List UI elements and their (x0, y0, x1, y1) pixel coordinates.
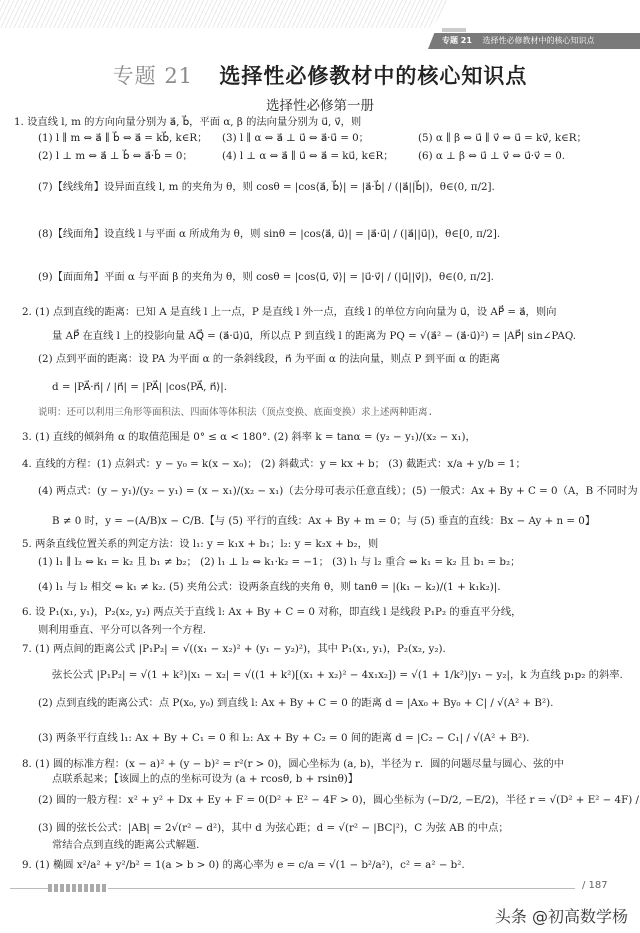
text-line: 1. 设直线 l, m 的方向向量分别为 a⃗, b⃗，平面 α, β 的法向量… (14, 115, 361, 129)
text-line: 量 AP⃗ 在直线 l 上的投影向量 AQ⃗ = (a⃗·u⃗)u⃗，所以点 P… (52, 329, 576, 343)
text-line: (2) 点到直线的距离公式：点 P(x₀, y₀) 到直线 l: Ax + By… (38, 696, 553, 710)
running-header-topic-title: 选择性必修教材中的核心知识点 (482, 36, 594, 45)
text-line: (4) l ⊥ α ⇔ a⃗ ∥ u⃗ ⇔ a⃗ = ku⃗, k∈R； (222, 149, 394, 163)
text-line: (2) 点到平面的距离：设 PA 为平面 α 的一条斜线段，n⃗ 为平面 α 的… (38, 352, 500, 366)
text-line: 8. (1) 圆的标准方程：(x − a)² + (y − b)² = r²(r… (22, 757, 564, 771)
text-line: (2) l ⊥ m ⇔ a⃗ ⊥ b⃗ ⇔ a⃗·b⃗ = 0； (38, 149, 193, 163)
text-line: (3) 两条平行直线 l₁: Ax + By + C₁ = 0 和 l₂: Ax… (38, 731, 529, 745)
text-line: (4) l₁ 与 l₂ 相交 ⇔ k₁ ≠ k₂. (5) 夹角公式：设两条直线… (38, 580, 501, 594)
text-line: (1) l ∥ m ⇔ a⃗ ∥ b⃗ ⇔ a⃗ = kb⃗, k∈R； (38, 131, 207, 145)
page-number: / 187 (582, 880, 608, 891)
text-line: (3) 圆的弦长公式：|AB| = 2√(r² − d²)，其中 d 为弦心距；… (38, 821, 509, 835)
text-line: 6. 设 P₁(x₁, y₁)，P₂(x₂, y₂) 两点关于直线 l: Ax … (22, 605, 521, 619)
text-line: 9. (1) 椭圆 x²/a² + y²/b² = 1(a > b > 0) 的… (22, 858, 465, 872)
text-line: (9)【面面角】平面 α 与平面 β 的夹角为 θ，则 cosθ = |cos⟨… (38, 270, 494, 284)
text-line: (7)【线线角】设异面直线 l, m 的夹角为 θ，则 cosθ = |cos⟨… (38, 180, 495, 194)
title-topic-number: 专题 21 (113, 64, 193, 88)
text-line: (3) l ∥ α ⇔ a⃗ ⊥ u⃗ ⇔ a⃗·u⃗ = 0； (222, 131, 369, 145)
text-line: (2) 圆的一般方程：x² + y² + Dx + Ey + F = 0(D² … (38, 793, 640, 807)
text-line: 7. (1) 两点间的距离公式 |P₁P₂| = √((x₁ − x₂)² + … (22, 642, 446, 656)
header-accent-bar (442, 28, 466, 32)
text-line: B ≠ 0 时，y = −(A/B)x − C/B.【与 (5) 平行的直线：A… (52, 514, 595, 528)
text-line: (1) l₁ ∥ l₂ ⇔ k₁ = k₂ 且 b₁ ≠ b₂； (2) l₁ … (38, 555, 520, 569)
title-main: 选择性必修教材中的核心知识点 (219, 63, 527, 88)
text-line: (5) α ∥ β ⇔ u⃗ ∥ v⃗ ⇔ u⃗ = kv⃗, k∈R； (418, 131, 587, 145)
header-hatch-decoration (0, 0, 450, 28)
text-line: 常结合点到直线的距离公式解题. (52, 838, 199, 852)
text-line: 4. 直线的方程：(1) 点斜式：y − y₀ = k(x − x₀)； (2)… (22, 457, 526, 471)
text-line: 2. (1) 点到直线的距离：已知 A 是直线 l 上一点，P 是直线 l 外一… (22, 305, 556, 319)
text-line: 3. (1) 直线的倾斜角 α 的取值范围是 0° ≤ α < 180°. (2… (22, 430, 476, 444)
text-line: 5. 两条直线位置关系的判定方法：设 l₁: y = k₁x + b₁；l₂: … (22, 537, 378, 551)
running-header-topic-number: 专题 21 (442, 36, 472, 45)
page-title: 专题 21 选择性必修教材中的核心知识点 (0, 60, 640, 90)
text-line: 点联系起来；【该圆上的点的坐标可设为 (a + rcosθ, b + rsinθ… (52, 772, 358, 786)
text-line: (6) α ⊥ β ⇔ u⃗ ⊥ v⃗ ⇔ u⃗·v⃗ = 0. (418, 149, 565, 163)
footer-dots-decoration (48, 884, 108, 892)
text-line: 弦长公式 |P₁P₂| = √(1 + k²)|x₁ − x₂| = √((1 … (52, 668, 623, 682)
text-line: 则利用垂直、平分可以各列一个方程. (38, 623, 206, 637)
section-subtitle: 选择性必修第一册 (0, 94, 640, 114)
note-line: 说明：还可以利用三角形等面积法、四面体等体积法（顶点变换、底面变换）求上述两种距… (38, 406, 433, 420)
watermark: 头条 @初高数学杨 (495, 904, 628, 927)
text-line: (4) 两点式：(y − y₁)/(y₂ − y₁) = (x − x₁)/(x… (38, 484, 640, 498)
text-line: d = |PA⃗·n⃗| / |n⃗| = |PA⃗| |cos⟨PA⃗, n⃗… (52, 380, 227, 394)
running-header: 专题 21 选择性必修教材中的核心知识点 (428, 33, 640, 49)
text-line: (8)【线面角】设直线 l 与平面 α 所成角为 θ，则 sinθ = |cos… (38, 227, 500, 241)
